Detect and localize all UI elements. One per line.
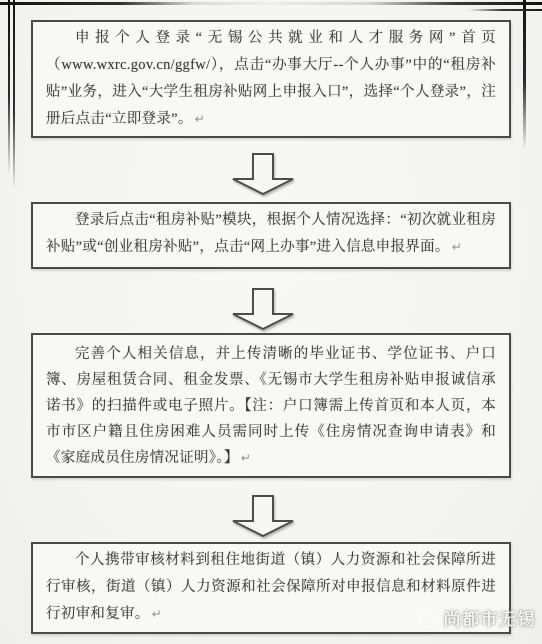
- flow-step-2-text: 登录后点击“租房补贴”模块，根据个人情况选择：“初次就业租房补贴”或“创业租房补…: [46, 207, 496, 261]
- flow-step-1-text: 申报个人登录“无锡公共就业和人才服务网”首页（www.wxrc.gov.cn/g…: [46, 25, 496, 133]
- flow-step-2-select-module: 登录后点击“租房补贴”模块，根据个人情况选择：“初次就业租房补贴”或“创业租房补…: [31, 202, 511, 269]
- table-gridline-left-inner: [13, 0, 15, 190]
- paragraph-return-mark: ↵: [241, 451, 251, 465]
- flow-step-3-text: 完善个人相关信息，并上传清晰的毕业证书、学位证书、户口簿、房屋租赁合同、租金发票…: [46, 341, 496, 471]
- down-arrow-icon: [232, 288, 294, 330]
- paragraph-return-mark: ↵: [452, 240, 462, 254]
- paragraph-return-mark: ↵: [152, 607, 162, 621]
- flow-step-2-content: 登录后点击“租房补贴”模块，根据个人情况选择：“初次就业租房补贴”或“创业租房补…: [46, 212, 496, 255]
- watermark-label: 尚都市无锡: [444, 605, 537, 630]
- table-gridline-left-outer: [8, 0, 10, 175]
- table-gridline-right-tick: [468, 9, 542, 11]
- flow-step-3-upload-documents: 完善个人相关信息，并上传清晰的毕业证书、学位证书、户口簿、房屋租赁合同、租金发票…: [31, 333, 511, 478]
- paragraph-return-mark: ↵: [195, 112, 205, 126]
- table-gridline-right: [523, 0, 526, 150]
- flow-step-1-content: 申报个人登录“无锡公共就业和人才服务网”首页（www.wxrc.gov.cn/g…: [46, 30, 496, 127]
- flow-step-3-content: 完善个人相关信息，并上传清晰的毕业证书、学位证书、户口簿、房屋租赁合同、租金发票…: [46, 346, 496, 466]
- watermark-logo-icon: [415, 606, 439, 630]
- down-arrow-icon: [232, 495, 294, 537]
- flow-step-1-login: 申报个人登录“无锡公共就业和人才服务网”首页（www.wxrc.gov.cn/g…: [31, 20, 511, 138]
- table-gridline-top: [0, 2, 542, 5]
- watermark: 尚都市无锡: [415, 605, 537, 630]
- down-arrow-icon: [232, 153, 294, 195]
- flowchart-document: 申报个人登录“无锡公共就业和人才服务网”首页（www.wxrc.gov.cn/g…: [0, 0, 542, 644]
